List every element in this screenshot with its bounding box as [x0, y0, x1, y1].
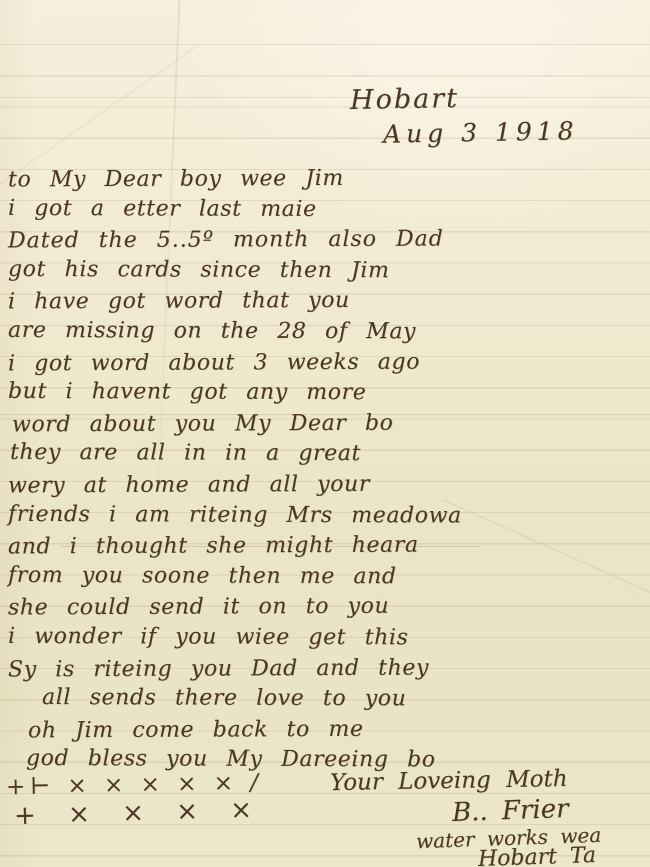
letter-line: wery at home and all your [8, 471, 650, 504]
letter-line: i wonder if you wiee get this [8, 624, 650, 657]
letter-body: to My Dear boy wee Jim i got a etter las… [8, 166, 650, 778]
letter-line: i have got word that you [8, 287, 650, 320]
letter-line: i got a etter last maie [8, 195, 650, 228]
letter-line: word about you My Dear bo [8, 409, 650, 442]
letter-line: Sy is riteing you Dad and they [8, 654, 650, 687]
letter-line: oh Jim come back to me [8, 715, 650, 748]
paper-crease-horizontal-top [0, 97, 650, 98]
letter-place: Hobart [350, 83, 459, 116]
letter-line: Dated the 5..5º month also Dad [8, 226, 650, 259]
sender-address-line-2: Hobart Ta [478, 843, 597, 867]
closing-signoff: Your Loveing Moth [330, 766, 568, 796]
letter-line: and i thought she might heara [8, 532, 650, 565]
kisses-row-2: + × × × × [14, 795, 265, 832]
letter-line: she could send it on to you [8, 593, 650, 626]
letter-paper: Hobart Aug 3 1918 to My Dear boy wee Jim… [0, 0, 650, 867]
letter-line: friends i am riteing Mrs meadowa [8, 501, 650, 534]
letter-line: from you soone then me and [8, 563, 650, 596]
letter-line: got his cards since then Jim [8, 257, 650, 290]
letter-line: are missing on the 28 of May [8, 318, 650, 351]
letter-line: to My Dear boy wee Jim [8, 165, 650, 198]
letter-line: all sends there love to you [8, 685, 650, 718]
letter-line: i got word about 3 weeks ago [8, 348, 650, 381]
letter-line: but i havent got any more [8, 379, 650, 412]
letter-date: Aug 3 1918 [383, 116, 579, 148]
closing-signature: B.. Frier [452, 794, 569, 828]
letter-line: they are all in in a great [8, 440, 650, 473]
